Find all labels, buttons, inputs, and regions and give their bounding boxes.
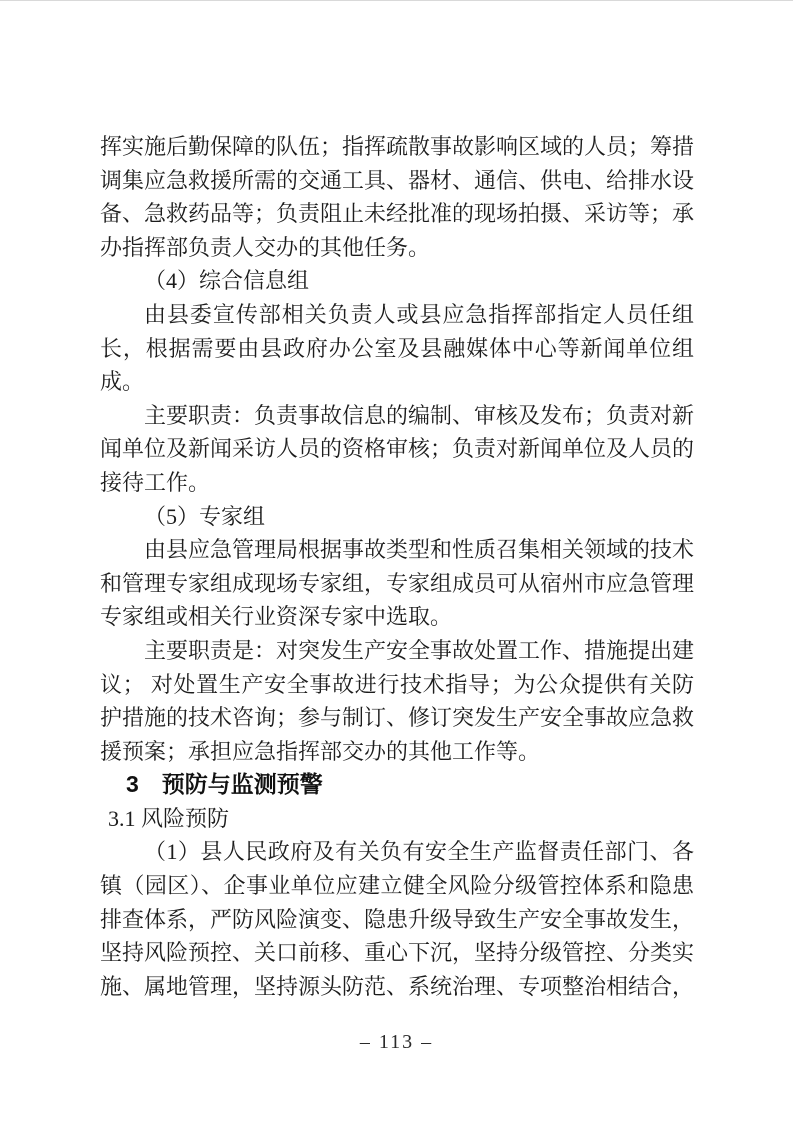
item-4-duties-paragraph: 主要职责：负责事故信息的编制、审核及发布；负责对新闻单位及新闻采访人员的资格审核… <box>100 399 694 500</box>
item-4-composition-paragraph: 由县委宣传部相关负责人或县应急指挥部指定人员任组长，根据需要由县政府办公室及县融… <box>100 298 694 399</box>
document-page: 挥实施后勤保障的队伍；指挥疏散事故影响区域的人员；筹措调集应急救援所需的交通工具… <box>0 0 793 1122</box>
item-5-heading-expert-group: （5）专家组 <box>100 500 694 534</box>
document-body: 挥实施后勤保障的队伍；指挥疏散事故影响区域的人员；筹措调集应急救援所需的交通工具… <box>100 130 694 1003</box>
paragraph-continuation-logistics-duties: 挥实施后勤保障的队伍；指挥疏散事故影响区域的人员；筹措调集应急救援所需的交通工具… <box>100 130 694 264</box>
section-3-heading-prevention-monitoring-warning: 3 预防与监测预警 <box>100 768 694 802</box>
item-5-composition-paragraph: 由县应急管理局根据事故类型和性质召集相关领域的技术和管理专家组成现场专家组，专家… <box>100 533 694 634</box>
section-3-1-heading-risk-prevention: 3.1 风险预防 <box>100 802 694 836</box>
section-3-1-item-1-paragraph: （1）县人民政府及有关负有安全生产监督责任部门、各镇（园区）、企事业单位应建立健… <box>100 835 694 1003</box>
page-number: – 113 – <box>0 1030 793 1054</box>
item-4-heading-comprehensive-information-group: （4）综合信息组 <box>100 264 694 298</box>
item-5-duties-paragraph: 主要职责是：对突发生产安全事故处置工作、措施提出建议； 对处置生产安全事故进行技… <box>100 634 694 768</box>
